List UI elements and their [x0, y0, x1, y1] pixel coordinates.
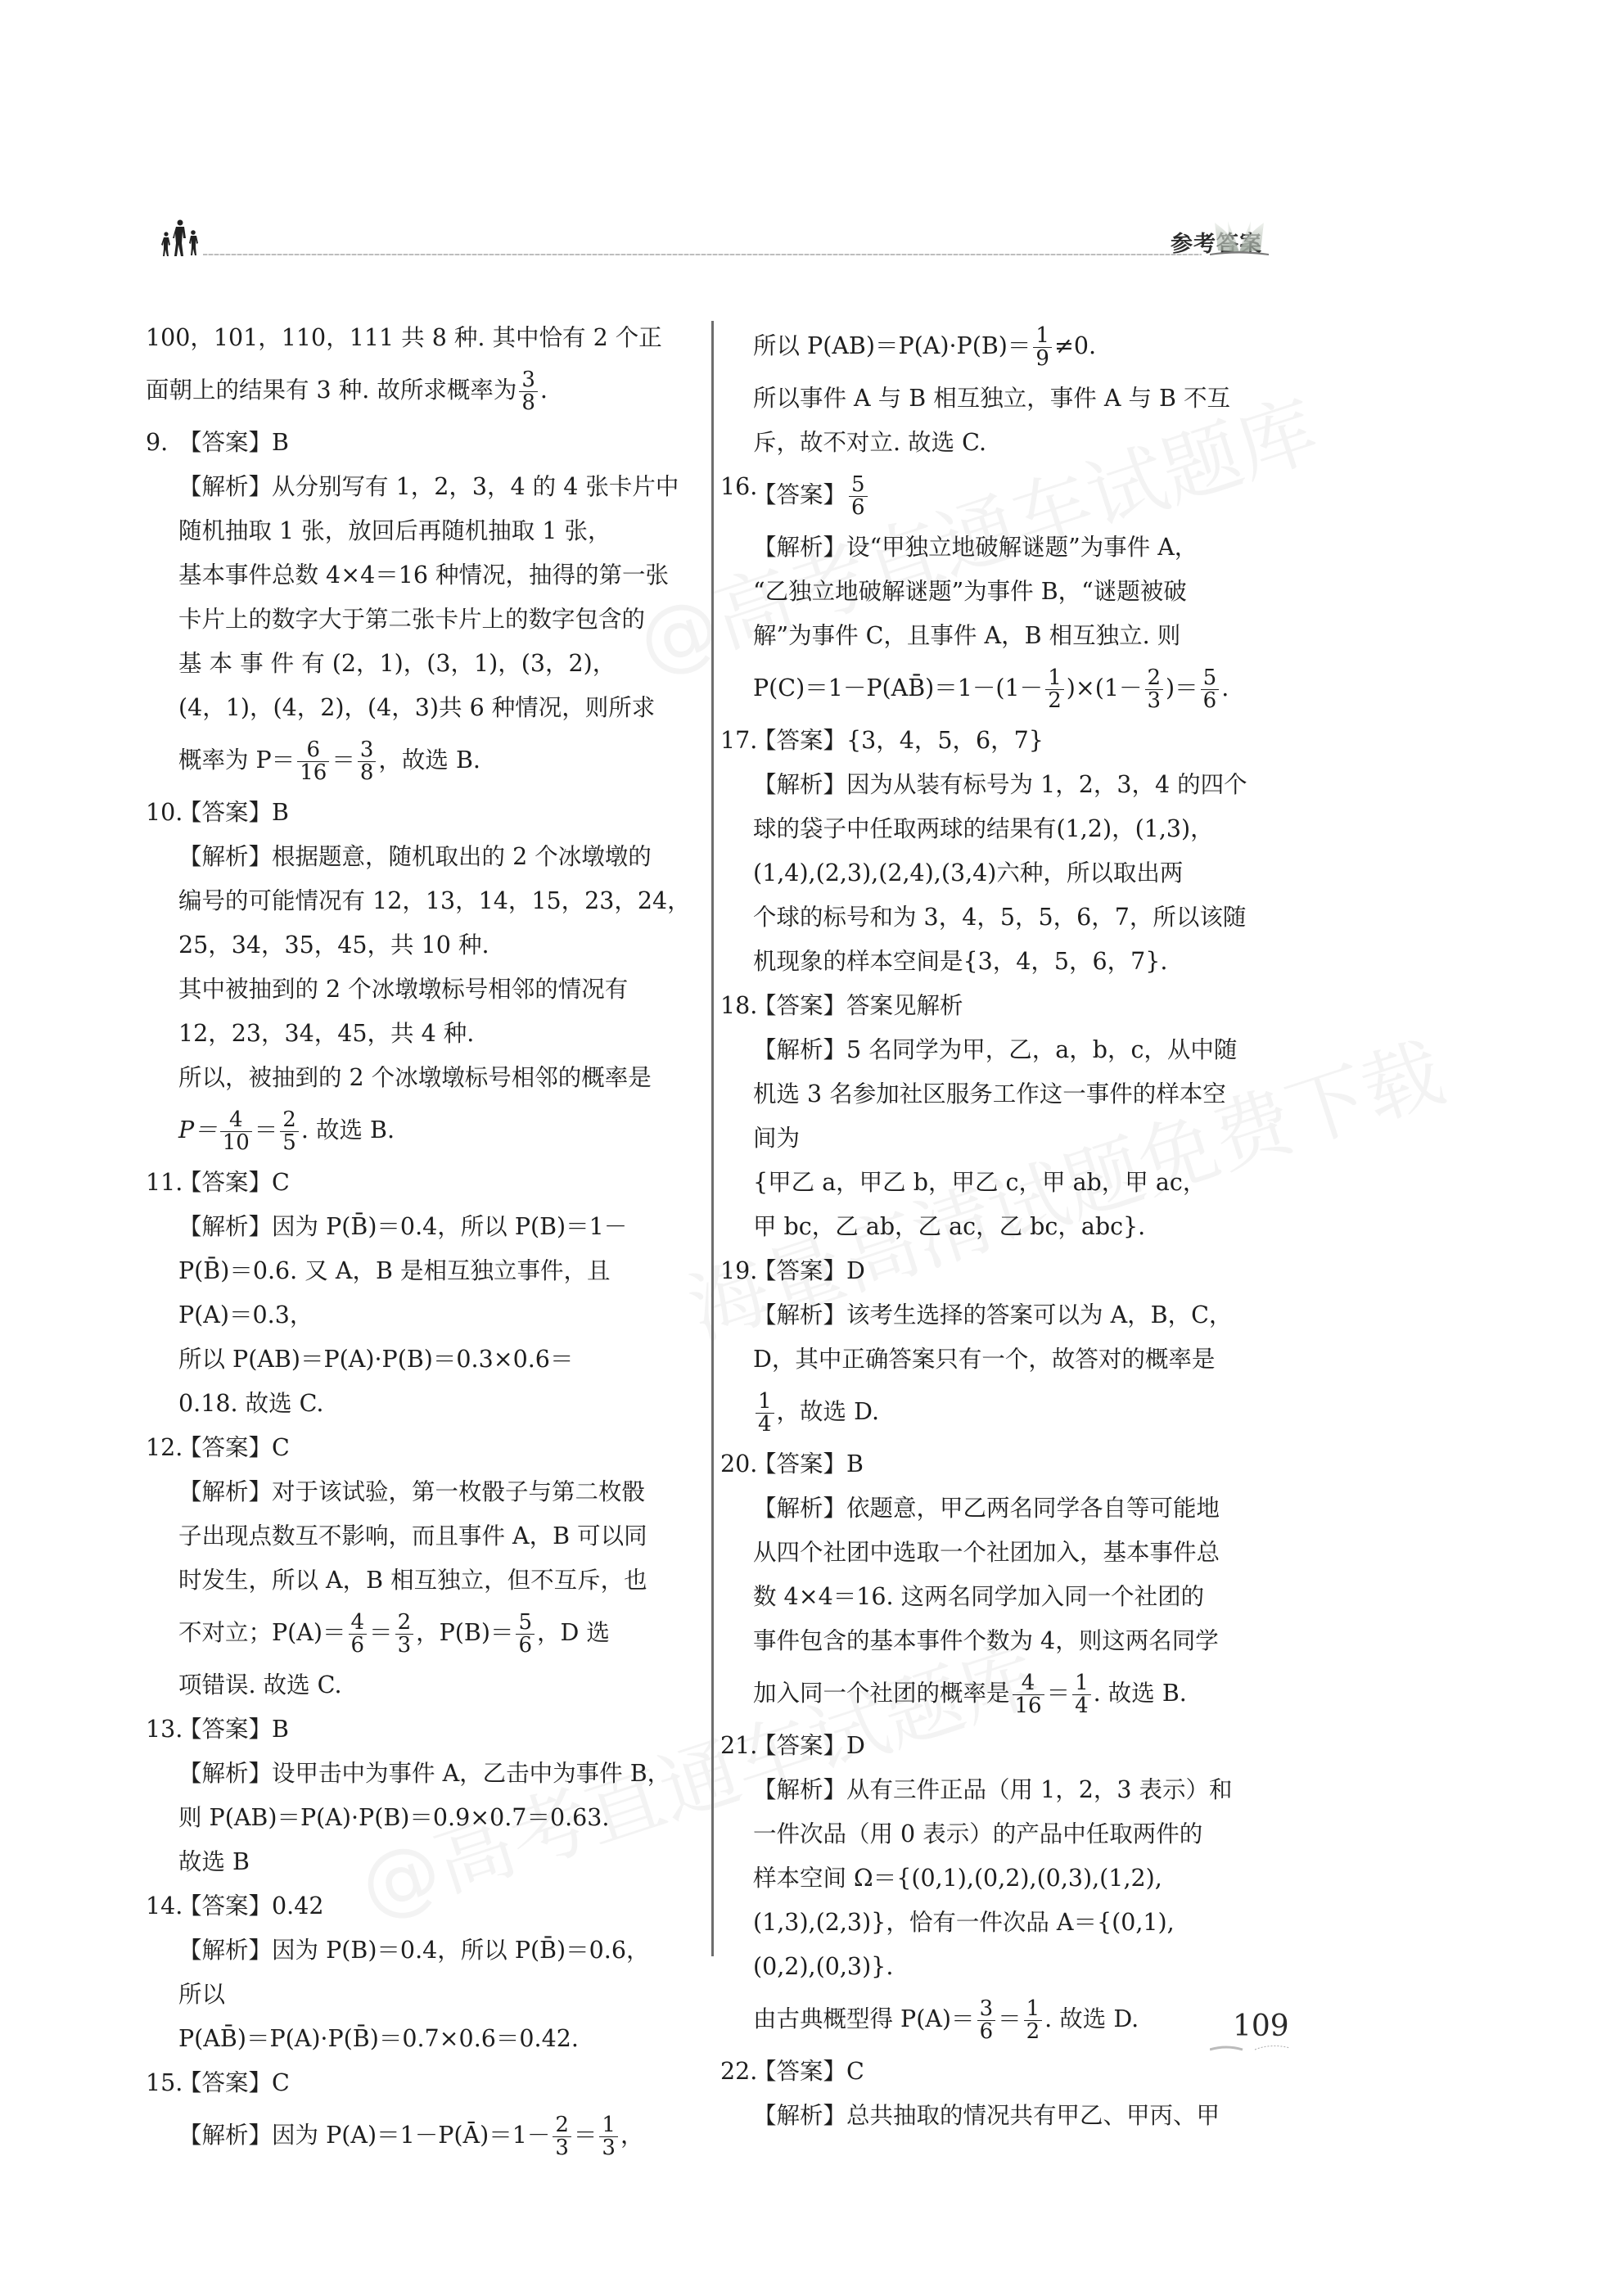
analysis-line: 一件次品（用 0 表示）的产品中任取两件的: [753, 1812, 1293, 1856]
item-number: 12.: [146, 1426, 183, 1470]
analysis-line: 【解析】5 名同学为甲，乙，a，b，c，从中随: [753, 1028, 1293, 1072]
item-number: 21.: [720, 1724, 757, 1768]
answer-value: D: [846, 1732, 865, 1759]
page-number: 109: [1233, 2010, 1289, 2043]
analysis-line: 【解析】该考生选择的答案可以为 A，B，C，: [753, 1293, 1293, 1337]
analysis-line: 加入同一个社团的概率是416＝14. 故选 B.: [753, 1663, 1293, 1724]
answer-item-18: 18. 【答案】答案见解析 【解析】5 名同学为甲，乙，a，b，c，从中随 机选…: [753, 984, 1293, 1249]
analysis-line: 【解析】因为 P(B)＝0.4，所以 P(B̄)＝0.6，: [178, 1928, 719, 1973]
analysis-line: 基本事件总数 4×4＝16 种情况，抽得的第一张: [178, 553, 719, 598]
text-line: 所以 P(AB)＝P(A)·P(B)＝19≠0.: [753, 316, 1293, 377]
answer-line: 【答案】B: [178, 421, 719, 465]
item-number: 17.: [720, 719, 757, 763]
answer-line: 【答案】答案见解析: [753, 984, 1293, 1028]
answer-value: 0.42: [272, 1892, 323, 1919]
analysis-line: 【解析】依题意，甲乙两名同学各自等可能地: [753, 1486, 1293, 1531]
answer-item-19: 19. 【答案】D 【解析】该考生选择的答案可以为 A，B，C， D，其中正确答…: [753, 1249, 1293, 1442]
analysis-line: 机选 3 名参加社区服务工作这一事件的样本空: [753, 1072, 1293, 1116]
text-line: 100，101，110，111 共 8 种. 其中恰有 2 个正: [146, 316, 719, 360]
analysis-line: 时发生，所以 A，B 相互独立，但不互斥，也: [178, 1558, 719, 1603]
answer-key-page: 参考答案 @高考直通车试题库 海量高清试题免费下载 @高考直通车试题库 100，…: [0, 0, 1624, 2296]
answer-line: 【答案】C: [178, 1426, 719, 1470]
analysis-line: 25，34，35，45，共 10 种.: [178, 923, 719, 968]
item-number: 11.: [146, 1161, 183, 1205]
analysis-line: 0.18. 故选 C.: [178, 1382, 719, 1426]
answer-item-9: 9. 【答案】B 【解析】从分别写有 1，2，3，4 的 4 张卡片中 随机抽取…: [178, 421, 719, 791]
answer-item-11: 11. 【答案】C 【解析】因为 P(B̄)＝0.4，所以 P(B)＝1－ P(…: [178, 1161, 719, 1426]
text-line: 斥，故不对立. 故选 C.: [753, 421, 1293, 465]
analysis-line: (1,3),(2,3)}，恰有一件次品 A＝{(0,1),: [753, 1901, 1293, 1945]
analysis-line: 12，23，34，45，共 4 种.: [178, 1012, 719, 1056]
answer-value: C: [272, 1434, 290, 1461]
analysis-line: P(B̄)＝0.6. 又 A，B 是相互独立事件，且: [178, 1249, 719, 1293]
answer-item-16: 16. 【答案】56 【解析】设“甲独立地破解谜题”为事件 A， “乙独立地破解…: [753, 465, 1293, 719]
answer-line: 【答案】B: [178, 791, 719, 835]
answer-item-12: 12. 【答案】C 【解析】对于该试验，第一枚骰子与第二枚骰 子出现点数互不影响…: [178, 1426, 719, 1707]
item-number: 13.: [146, 1707, 183, 1752]
analysis-line: 球的袋子中任取两球的结果有(1,2)，(1,3)，: [753, 807, 1293, 851]
analysis-line: 所以 P(AB)＝P(A)·P(B)＝0.3×0.6＝: [178, 1337, 719, 1382]
item-number: 20.: [720, 1442, 757, 1486]
analysis-line: 事件包含的基本事件个数为 4，则这两名同学: [753, 1619, 1293, 1663]
analysis-line: 编号的可能情况有 12，13，14，15，23，24，: [178, 879, 719, 923]
text-line: 面朝上的结果有 3 种. 故所求概率为38.: [146, 360, 719, 421]
analysis-line: 基 本 事 件 有 (2，1)，(3，1)，(3，2)，: [178, 642, 719, 686]
answer-line: 【答案】{3，4，5，6，7}: [753, 719, 1293, 763]
analysis-line: 14，故选 D.: [753, 1382, 1293, 1442]
answer-line: 【答案】D: [753, 1724, 1293, 1768]
analysis-line: 从四个社团中选取一个社团加入，基本事件总: [753, 1531, 1293, 1575]
analysis-line: {甲乙 a，甲乙 b，甲乙 c，甲 ab，甲 ac，: [753, 1161, 1293, 1205]
analysis-line: 数 4×4＝16. 这两名同学加入同一个社团的: [753, 1575, 1293, 1619]
answer-line: 【答案】B: [753, 1442, 1293, 1486]
analysis-line: P＝410＝25. 故选 B.: [178, 1100, 719, 1161]
analysis-line: 所以，被抽到的 2 个冰墩墩标号相邻的概率是: [178, 1056, 719, 1100]
analysis-line: 甲 bc，乙 ab，乙 ac，乙 bc，abc}.: [753, 1205, 1293, 1249]
item-number: 16.: [720, 465, 757, 509]
answer-value: B: [272, 799, 289, 826]
answer-item-13: 13. 【答案】B 【解析】设甲击中为事件 A，乙击中为事件 B， 则 P(AB…: [178, 1707, 719, 1884]
answer-item-15: 15. 【答案】C 【解析】因为 P(A)＝1－P(Ā)＝1－23＝13，: [178, 2061, 719, 2166]
analysis-line: 【解析】从分别写有 1，2，3，4 的 4 张卡片中: [178, 465, 719, 509]
answer-line: 【答案】56: [753, 465, 1293, 526]
open-book-icon: [1210, 219, 1269, 259]
analysis-line: 卡片上的数字大于第二张卡片上的数字包含的: [178, 598, 719, 642]
analysis-line: 个球的标号和为 3，4，5，5，6，7，所以该随: [753, 895, 1293, 940]
answer-value: C: [846, 2058, 864, 2085]
answer-value: 56: [849, 474, 868, 520]
analysis-line: (0,2),(0,3)}.: [753, 1945, 1293, 1989]
analysis-line: 随机抽取 1 张，放回后再随机抽取 1 张，: [178, 509, 719, 553]
analysis-line: D，其中正确答案只有一个，故答对的概率是: [753, 1337, 1293, 1382]
answer-item-14: 14. 【答案】0.42 【解析】因为 P(B)＝0.4，所以 P(B̄)＝0.…: [178, 1884, 719, 2061]
right-column: 所以 P(AB)＝P(A)·P(B)＝19≠0. 所以事件 A 与 B 相互独立…: [753, 316, 1293, 2138]
item-number: 15.: [146, 2061, 183, 2105]
page-swoosh-icon: [1210, 2043, 1292, 2053]
analysis-line: 则 P(AB)＝P(A)·P(B)＝0.9×0.7＝0.63.: [178, 1796, 719, 1840]
fraction: 38: [519, 369, 538, 415]
analysis-line: P(A)＝0.3，: [178, 1293, 719, 1337]
analysis-line: 【解析】对于该试验，第一枚骰子与第二枚骰: [178, 1470, 719, 1514]
item-number: 19.: [720, 1249, 757, 1293]
answer-value: B: [846, 1450, 864, 1477]
answer-value: B: [272, 429, 289, 456]
analysis-line: 故选 B: [178, 1840, 719, 1884]
analysis-line: 解”为事件 C，且事件 A，B 相互独立. 则: [753, 614, 1293, 658]
answer-item-10: 10. 【答案】B 【解析】根据题意，随机取出的 2 个冰墩墩的 编号的可能情况…: [178, 791, 719, 1161]
runners-icon: [160, 219, 201, 257]
analysis-line: 【解析】因为 P(A)＝1－P(Ā)＝1－23＝13，: [178, 2105, 719, 2166]
analysis-line: “乙独立地破解谜题”为事件 B，“谜题被破: [753, 570, 1293, 614]
analysis-line: 概率为 P＝616＝38，故选 B.: [178, 730, 719, 791]
answer-value: C: [272, 1169, 290, 1196]
item-number: 22.: [720, 2050, 757, 2094]
analysis-line: 其中被抽到的 2 个冰墩墩标号相邻的情况有: [178, 968, 719, 1012]
analysis-line: 【解析】因为从装有标号为 1，2，3，4 的四个: [753, 763, 1293, 807]
answer-value: D: [846, 1257, 865, 1284]
answer-value: 答案见解析: [846, 992, 963, 1019]
answer-item-21: 21. 【答案】D 【解析】从有三件正品（用 1，2，3 表示）和 一件次品（用…: [753, 1724, 1293, 2050]
analysis-line: 【解析】从有三件正品（用 1，2，3 表示）和: [753, 1768, 1293, 1812]
answer-line: 【答案】0.42: [178, 1884, 719, 1928]
item-number: 18.: [720, 984, 757, 1028]
header-rule: [203, 254, 1202, 255]
analysis-line: 【解析】总共抽取的情况共有甲乙、甲丙、甲: [753, 2094, 1293, 2138]
answer-line: 【答案】C: [178, 1161, 719, 1205]
analysis-line: 【解析】设甲击中为事件 A，乙击中为事件 B，: [178, 1752, 719, 1796]
left-column: 100，101，110，111 共 8 种. 其中恰有 2 个正 面朝上的结果有…: [178, 316, 719, 2166]
answer-line: 【答案】C: [178, 2061, 719, 2105]
analysis-line: 由古典概型得 P(A)＝36＝12. 故选 D.: [753, 1989, 1293, 2050]
analysis-line: 样本空间 Ω＝{(0,1),(0,2),(0,3),(1,2),: [753, 1856, 1293, 1901]
analysis-line: 【解析】因为 P(B̄)＝0.4，所以 P(B)＝1－: [178, 1205, 719, 1249]
answer-line: 【答案】C: [753, 2050, 1293, 2094]
analysis-line: (4，1)，(4，2)，(4，3)共 6 种情况，则所求: [178, 686, 719, 730]
item-number: 14.: [146, 1884, 183, 1928]
analysis-line: 所以: [178, 1973, 719, 2017]
answer-value: B: [272, 1716, 289, 1743]
analysis-line: 子出现点数互不影响，而且事件 A，B 可以同: [178, 1514, 719, 1558]
item-number: 9.: [146, 421, 168, 465]
analysis-line: P(AB̄)＝P(A)·P(B̄)＝0.7×0.6＝0.42.: [178, 2017, 719, 2061]
item-number: 10.: [146, 791, 183, 835]
analysis-line: 项错误. 故选 C.: [178, 1663, 719, 1707]
answer-value: {3，4，5，6，7}: [846, 727, 1044, 754]
analysis-line: (1,4),(2,3),(2,4),(3,4)六种，所以取出两: [753, 851, 1293, 895]
analysis-line: 间为: [753, 1116, 1293, 1161]
answer-item-17: 17. 【答案】{3，4，5，6，7} 【解析】因为从装有标号为 1，2，3，4…: [753, 719, 1293, 984]
answer-line: 【答案】D: [753, 1249, 1293, 1293]
analysis-line: P(C)＝1－P(AB̄̄)＝1－(1－12)×(1－23)＝56.: [753, 658, 1293, 719]
analysis-line: 机现象的样本空间是{3，4，5，6，7}.: [753, 940, 1293, 984]
analysis-line: 【解析】设“甲独立地破解谜题”为事件 A，: [753, 526, 1293, 570]
text-line: 所以事件 A 与 B 相互独立，事件 A 与 B 不互: [753, 377, 1293, 421]
answer-line: 【答案】B: [178, 1707, 719, 1752]
analysis-line: 【解析】根据题意，随机取出的 2 个冰墩墩的: [178, 835, 719, 879]
answer-value: C: [272, 2069, 290, 2096]
analysis-line: 不对立；P(A)＝46＝23，P(B)＝56，D 选: [178, 1603, 719, 1663]
answer-item-20: 20. 【答案】B 【解析】依题意，甲乙两名同学各自等可能地 从四个社团中选取一…: [753, 1442, 1293, 1724]
answer-item-22: 22. 【答案】C 【解析】总共抽取的情况共有甲乙、甲丙、甲: [753, 2050, 1293, 2138]
